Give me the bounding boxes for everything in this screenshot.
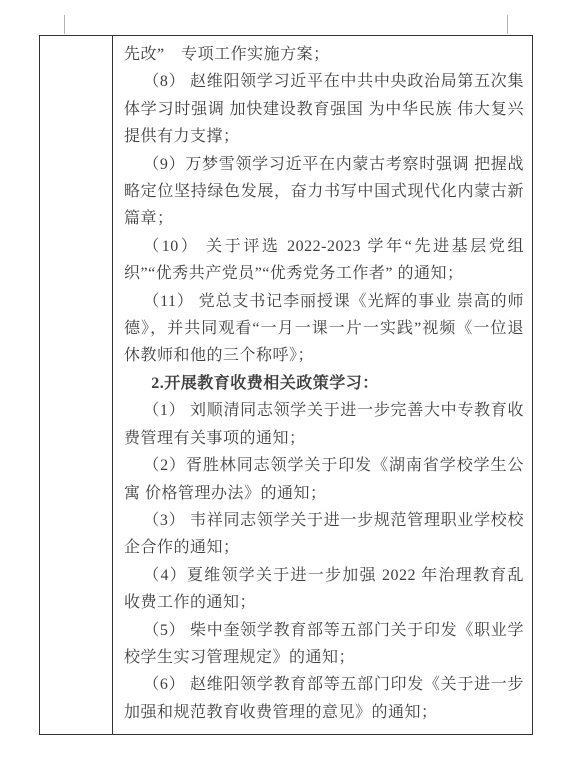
doc-paragraph: （5） 柴中奎领学教育部等五部门关于印发《职业学校学生实习管理规定》的通知； [124,617,524,672]
doc-section-heading: 2.开展教育收费相关政策学习： [124,370,524,397]
doc-paragraph: （1） 刘顺清同志领学关于进一步完善大中专教育收费管理有关事项的通知； [124,397,524,452]
doc-paragraph: （8） 赵维阳领学习近平在中共中央政治局第五次集体学习时强调 加快建设教育强国 … [124,68,524,150]
doc-table: 先改” 专项工作实施方案； （8） 赵维阳领学习近平在中共中央政治局第五次集体学… [39,35,533,735]
page: { "page": { "background": "#ffffff", "bo… [0,0,569,762]
doc-paragraph: 先改” 专项工作实施方案； [124,41,524,68]
doc-paragraph: （4）夏维领学关于进一步加强 2022 年治理教育乱收费工作的通知； [124,562,524,617]
doc-paragraph: （11） 党总支书记李丽授课《光辉的事业 崇高的师德》，并共同观看“一月一课一片… [124,288,524,370]
doc-paragraph: （9）万梦雪领学习近平在内蒙古考察时强调 把握战略定位坚持绿色发展，奋力书写中国… [124,151,524,233]
doc-paragraph: （10） 关于评选 2022-2023 学年“先进基层党组织”“优秀共产党员”“… [124,233,524,288]
crop-mark-left [64,15,65,34]
doc-paragraph: （2）胥胜林同志领学关于印发《湖南省学校学生公寓 价格管理办法》的通知； [124,452,524,507]
doc-paragraph: （3） 韦祥同志领学关于进一步规范管理职业学校校企合作的通知； [124,507,524,562]
table-cell-content: 先改” 专项工作实施方案； （8） 赵维阳领学习近平在中共中央政治局第五次集体学… [113,36,532,734]
doc-paragraph: （6） 赵维阳领学教育部等五部门印发《关于进一步加强和规范教育收费管理的意见》的… [124,671,524,726]
crop-mark-right [507,15,508,34]
table-cell-label [40,36,113,734]
